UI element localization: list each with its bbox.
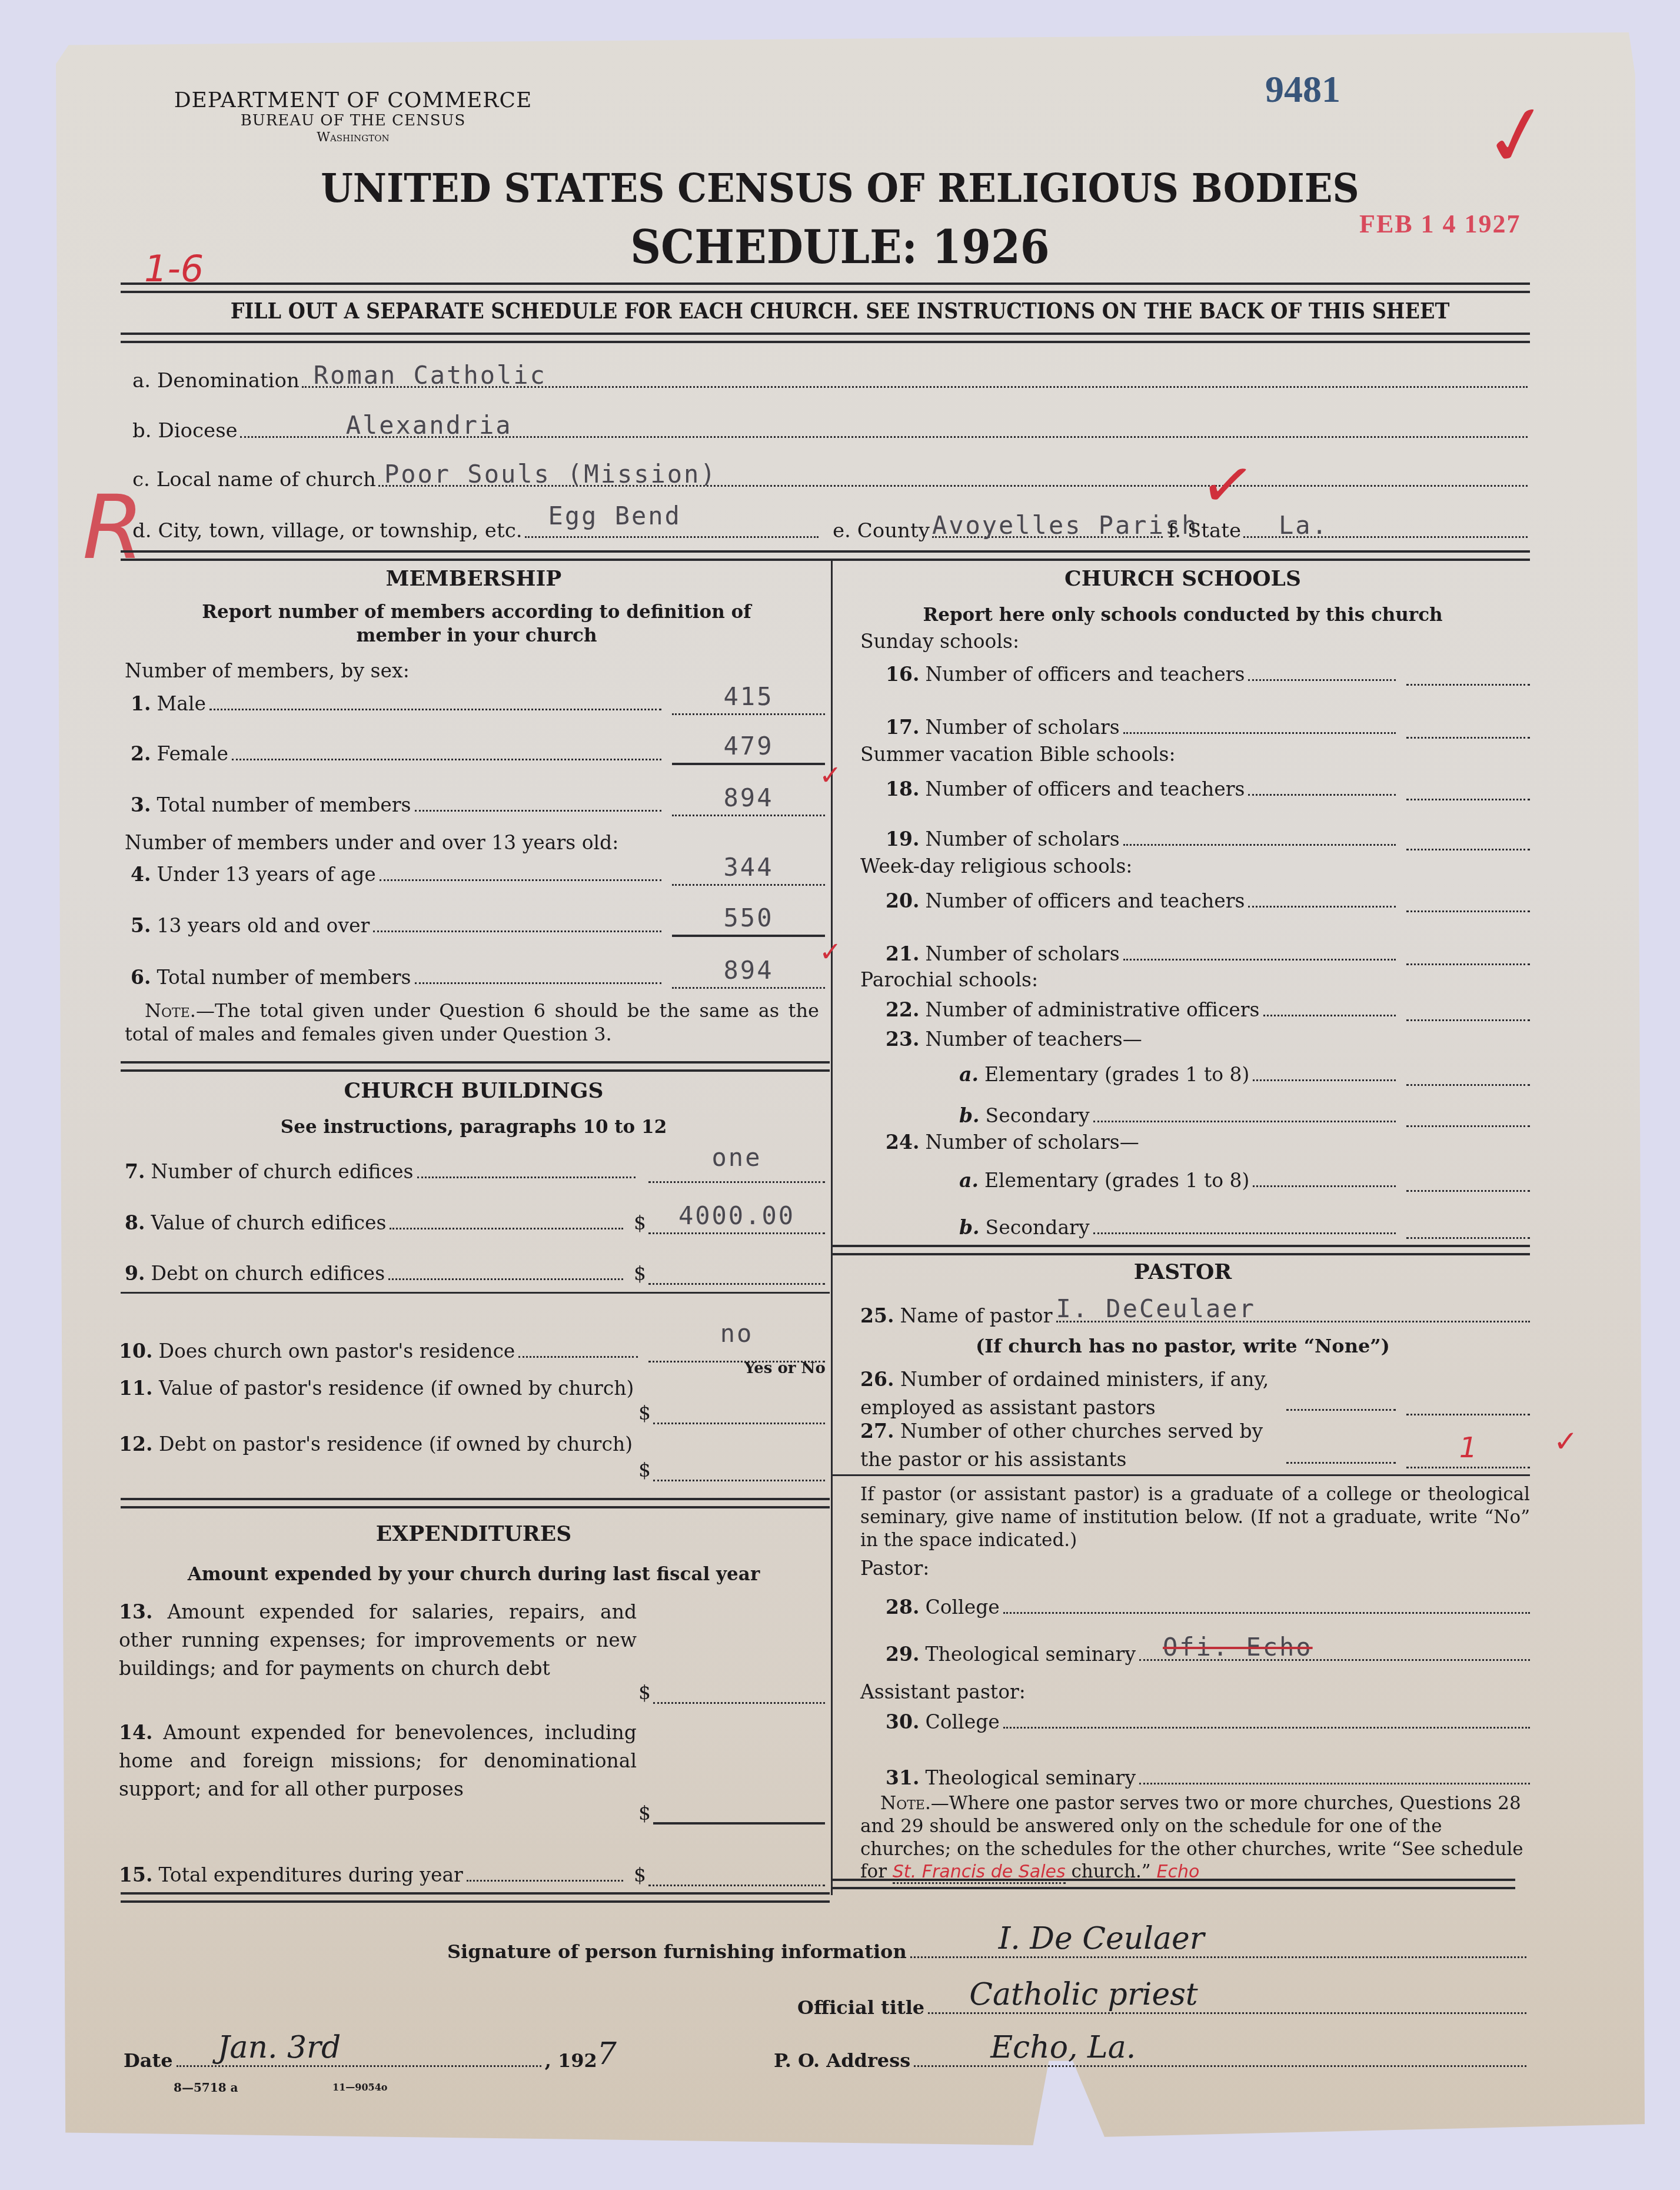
q24b-secondary-scholars[interactable]: b.Secondary bbox=[959, 1209, 1530, 1239]
q10-value: no bbox=[648, 1319, 825, 1348]
divider-rule bbox=[833, 1474, 1530, 1476]
q19-summer-scholars[interactable]: 19.Number of scholars bbox=[886, 818, 1530, 850]
q16-sunday-officers[interactable]: 16.Number of officers and teachers bbox=[886, 653, 1530, 686]
q24a-elementary-scholars[interactable]: a.Elementary (grades 1 to 8) bbox=[959, 1162, 1530, 1192]
q5-13-and-over[interactable]: 5.13 years old and over 550 bbox=[131, 899, 825, 937]
q26-assistant-pastors[interactable] bbox=[1283, 1386, 1530, 1415]
q27-value: 1 bbox=[1406, 1431, 1530, 1464]
denomination-field[interactable]: a. Denomination Roman Catholic bbox=[132, 356, 1530, 393]
church-buildings-subtitle: See instructions, paragraphs 10 to 12 bbox=[124, 1115, 824, 1139]
membership-note: Note.—The total given under Question 6 s… bbox=[125, 999, 819, 1046]
diocese-field[interactable]: b. Diocese Alexandria bbox=[132, 406, 1530, 443]
divider-rule bbox=[121, 333, 1530, 343]
q9-debt-on-edifices[interactable]: 9.Debt on church edifices $ bbox=[125, 1247, 825, 1285]
received-date-stamp: FEB 1 4 1927 bbox=[1359, 209, 1521, 239]
q21-weekday-scholars[interactable]: 21.Number of scholars bbox=[886, 933, 1530, 965]
expenditures-title: EXPENDITURES bbox=[124, 1521, 824, 1546]
q6-value: 894 bbox=[672, 956, 825, 985]
q29-pastor-seminary[interactable]: 29.Theological seminary Ofi. Echo bbox=[886, 1633, 1530, 1666]
instruction-banner: FILL OUT A SEPARATE SCHEDULE FOR EACH CH… bbox=[101, 297, 1579, 324]
q15-total-expenditures[interactable]: 15.Total expenditures during year $ bbox=[119, 1851, 825, 1886]
q28-pastor-college[interactable]: 28.College bbox=[886, 1589, 1530, 1619]
q7-value: one bbox=[648, 1143, 825, 1172]
q27-other-churches[interactable]: 1 bbox=[1283, 1439, 1530, 1468]
city-value: Egg Bend bbox=[548, 501, 681, 530]
q10-owns-residence[interactable]: 10.Does church own pastor's residence no bbox=[119, 1315, 825, 1362]
q18-summer-officers[interactable]: 18.Number of officers and teachers bbox=[886, 768, 1530, 800]
q8-value-of-edifices[interactable]: 8.Value of church edifices $ 4000.00 bbox=[125, 1196, 825, 1234]
state-label: f. State bbox=[1168, 519, 1241, 543]
bureau-city: Washington bbox=[147, 130, 559, 145]
q12-debt-on-residence[interactable]: $ bbox=[638, 1452, 825, 1481]
q2-value: 479 bbox=[672, 732, 825, 760]
local-church-name-value: Poor Souls (Mission) bbox=[384, 460, 717, 488]
pastor-name-value: I. DeCeulaer bbox=[1056, 1294, 1256, 1323]
divider-rule bbox=[121, 1498, 830, 1508]
q17-sunday-scholars[interactable]: 17.Number of scholars bbox=[886, 706, 1530, 739]
divider-rule bbox=[121, 1892, 830, 1903]
q31-assistant-seminary[interactable]: 31.Theological seminary bbox=[886, 1760, 1530, 1789]
sunday-schools-label: Sunday schools: bbox=[860, 630, 1019, 653]
pastor-education-label: Pastor: bbox=[860, 1557, 929, 1580]
multi-church-note: Note.—Where one pastor serves two or mor… bbox=[860, 1792, 1530, 1883]
denomination-value: Roman Catholic bbox=[314, 361, 547, 390]
date-field[interactable]: Date Jan. 3rd , 1927 bbox=[124, 2036, 677, 2072]
parochial-schools-label: Parochial schools: bbox=[860, 968, 1038, 991]
assistant-pastor-education-label: Assistant pastor: bbox=[860, 1680, 1026, 1703]
q13-running-expenses-label: 13. Amount expended for salaries, repair… bbox=[119, 1598, 637, 1683]
official-title-field[interactable]: Official title Catholic priest bbox=[797, 1983, 1530, 2019]
q7-church-edifices[interactable]: 7.Number of church edifices one bbox=[125, 1145, 825, 1183]
divider-rule bbox=[121, 283, 1530, 293]
form-code-secondary: 11—9054o bbox=[332, 2082, 387, 2093]
church-schools-title: CHURCH SCHOOLS bbox=[836, 566, 1530, 591]
q23b-secondary-teachers[interactable]: b.Secondary bbox=[959, 1098, 1530, 1127]
po-address-field[interactable]: P. O. Address Echo, La. bbox=[774, 2036, 1530, 2072]
q12-debt-on-residence-label: 12. Debt on pastor's residence (if owned… bbox=[119, 1430, 660, 1458]
form-title: UNITED STATES CENSUS OF RELIGIOUS BODIES bbox=[67, 165, 1613, 212]
q8-value: 4000.00 bbox=[648, 1201, 825, 1230]
divider-rule bbox=[833, 1879, 1515, 1889]
q4-under-13[interactable]: 4.Under 13 years of age 344 bbox=[131, 848, 825, 886]
q4-value: 344 bbox=[672, 853, 825, 882]
diocese-label: b. Diocese bbox=[132, 419, 238, 443]
document-number: 9481 bbox=[1265, 68, 1340, 111]
county-field[interactable]: e. County Avoyelles Parish bbox=[833, 506, 1165, 543]
expenditures-subtitle: Amount expended by your church during la… bbox=[124, 1563, 824, 1586]
q25-pastor-name[interactable]: 25.Name of pastor I. DeCeulaer bbox=[860, 1289, 1530, 1327]
divider-rule bbox=[121, 1061, 830, 1072]
church-buildings-title: CHURCH BUILDINGS bbox=[124, 1078, 824, 1103]
q6-total-members[interactable]: 6.Total number of members 894 bbox=[131, 951, 825, 989]
signature-value: I. De Ceulaer bbox=[999, 1921, 1205, 1956]
divider-rule bbox=[121, 550, 1530, 561]
divider-rule bbox=[121, 1292, 830, 1294]
denomination-label: a. Denomination bbox=[132, 369, 300, 393]
summer-schools-label: Summer vacation Bible schools: bbox=[860, 743, 1176, 766]
q5-value: 550 bbox=[672, 903, 825, 932]
q14-benevolences-label: 14. Amount expended for benevolences, in… bbox=[119, 1719, 637, 1803]
q23a-elementary-teachers[interactable]: a.Elementary (grades 1 to 8) bbox=[959, 1056, 1530, 1086]
q13-running-expenses[interactable]: $ bbox=[638, 1674, 825, 1704]
date-year-value: 7 bbox=[597, 2036, 617, 2072]
q11-value-of-residence[interactable]: $ bbox=[638, 1395, 825, 1424]
divider-rule bbox=[833, 1245, 1530, 1255]
q11-value-of-residence-label: 11. Value of pastor's residence (if owne… bbox=[119, 1374, 660, 1403]
q1-male[interactable]: 1.Male 415 bbox=[131, 677, 825, 715]
official-title-value: Catholic priest bbox=[969, 1977, 1198, 2012]
seminary-value-struck: Ofi. Echo bbox=[1163, 1633, 1313, 1661]
bureau-name: BUREAU OF THE CENSUS bbox=[147, 112, 559, 130]
pastor-title: PASTOR bbox=[836, 1260, 1530, 1284]
county-label: e. County bbox=[833, 519, 930, 543]
state-value: La. bbox=[1279, 511, 1329, 540]
local-church-name-field[interactable]: c. Local name of church Poor Souls (Miss… bbox=[132, 455, 1530, 491]
q1-value: 415 bbox=[672, 682, 825, 711]
city-label: d. City, town, village, or township, etc… bbox=[132, 519, 523, 543]
form-code: 8—5718 a bbox=[174, 2081, 238, 2095]
diocese-value: Alexandria bbox=[346, 411, 513, 440]
q3-value: 894 bbox=[672, 783, 825, 812]
pastor-name-hint: (If church has no pastor, write “None”) bbox=[836, 1335, 1530, 1357]
q26-assistant-pastors-label: 26. Number of ordained ministers, if any… bbox=[860, 1365, 1284, 1422]
po-address-value: Echo, La. bbox=[990, 2030, 1136, 2065]
q27-other-churches-label: 27. Number of other churches served by t… bbox=[860, 1417, 1284, 1474]
date-value: Jan. 3rd bbox=[218, 2030, 341, 2065]
weekday-schools-label: Week-day religious schools: bbox=[860, 855, 1132, 878]
department-header: DEPARTMENT OF COMMERCE BUREAU OF THE CEN… bbox=[147, 88, 559, 145]
check-mark-icon: ✓ bbox=[1553, 1424, 1578, 1458]
city-field[interactable]: d. City, town, village, or township, etc… bbox=[132, 506, 821, 543]
local-church-name-label: c. Local name of church bbox=[132, 468, 376, 491]
q23-teachers-label: 23.Number of teachers— bbox=[886, 1024, 1298, 1051]
department-name: DEPARTMENT OF COMMERCE bbox=[147, 88, 559, 112]
membership-title: MEMBERSHIP bbox=[124, 566, 824, 591]
graduate-instructions: If pastor (or assistant pastor) is a gra… bbox=[860, 1483, 1530, 1551]
q3-total-members[interactable]: 3.Total number of members 894 bbox=[131, 778, 825, 816]
q22-administrative-officers[interactable]: 22.Number of administrative officers bbox=[886, 992, 1530, 1021]
county-value: Avoyelles Parish bbox=[932, 511, 1199, 540]
yes-no-hint: Yes or No bbox=[744, 1360, 826, 1377]
q24-scholars-label: 24.Number of scholars— bbox=[886, 1127, 1298, 1154]
q14-benevolences[interactable]: $ bbox=[638, 1795, 825, 1825]
q2-female[interactable]: 2.Female 479 bbox=[131, 727, 825, 765]
q30-assistant-college[interactable]: 30.College bbox=[886, 1704, 1530, 1733]
signature-field[interactable]: Signature of person furnishing informati… bbox=[447, 1928, 1530, 1963]
q20-weekday-officers[interactable]: 20.Number of officers and teachers bbox=[886, 880, 1530, 912]
membership-subtitle: Report number of members according to de… bbox=[177, 600, 777, 648]
church-schools-subtitle: Report here only schools conducted by th… bbox=[836, 603, 1530, 627]
state-field[interactable]: f. State La. bbox=[1168, 506, 1530, 543]
